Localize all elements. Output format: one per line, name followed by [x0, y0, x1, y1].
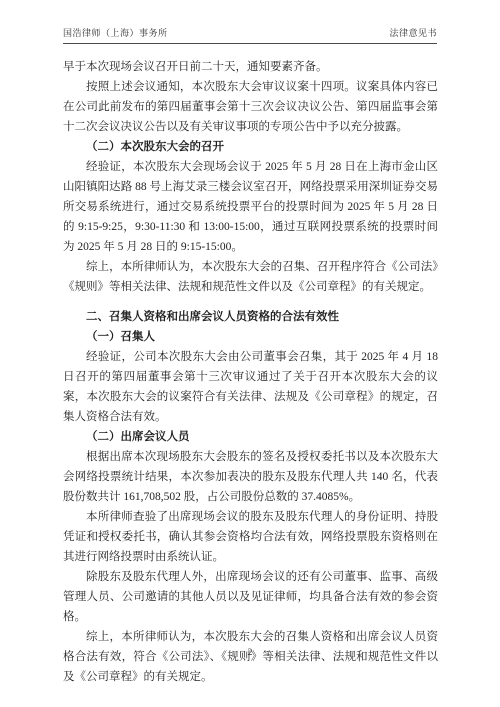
legal-opinion-page: 国浩律师（上海）事务所 法律意见书 早于本次现场会议召开日前二十天，通知要素齐备…: [0, 0, 500, 707]
subsection-heading: （二）出席会议人员: [63, 427, 438, 447]
page-footer: 2: [0, 648, 500, 658]
paragraph-continued: 早于本次现场会议召开日前二十天，通知要素齐备。: [63, 57, 438, 77]
paragraph: 经验证，公司本次股东大会由公司董事会召集，其于 2025 年 4 月 18 日召…: [63, 347, 438, 427]
paragraph: 本所律师查验了出席现场会议的股东及股东代理人的身份证明、持股凭证和授权委托书，确…: [63, 507, 438, 567]
paragraph: 除股东及股东代理人外，出席现场会议的还有公司董事、监事、高级管理人员、公司邀请的…: [63, 567, 438, 627]
subsection-heading: （二）本次股东大会的召开: [63, 137, 438, 157]
document-body: 早于本次现场会议召开日前二十天，通知要素齐备。 按照上述会议通知，本次股东大会审…: [63, 57, 438, 687]
header-doc-type: 法律意见书: [389, 26, 437, 39]
section-heading: 二、召集人资格和出席会议人员资格的合法有效性: [63, 307, 438, 327]
subsection-heading: （一）召集人: [63, 327, 438, 347]
page-number: 2: [248, 648, 253, 658]
paragraph: 根据出席本次现场股东大会股东的签名及授权委托书以及本次股东大会网络投票统计结果，…: [63, 447, 438, 507]
header-firm-name: 国浩律师（上海）事务所: [63, 26, 168, 39]
paragraph: 综上，本所律师认为，本次股东大会的召集、召开程序符合《公司法》《规则》等相关法律…: [63, 257, 438, 297]
page-header: 国浩律师（上海）事务所 法律意见书: [63, 26, 437, 44]
paragraph: 经验证，本次股东大会现场会议于 2025 年 5 月 28 日在上海市金山区山阳…: [63, 157, 438, 257]
paragraph: 按照上述会议通知，本次股东大会审议议案十四项。议案具体内容已在公司此前发布的第四…: [63, 77, 438, 137]
